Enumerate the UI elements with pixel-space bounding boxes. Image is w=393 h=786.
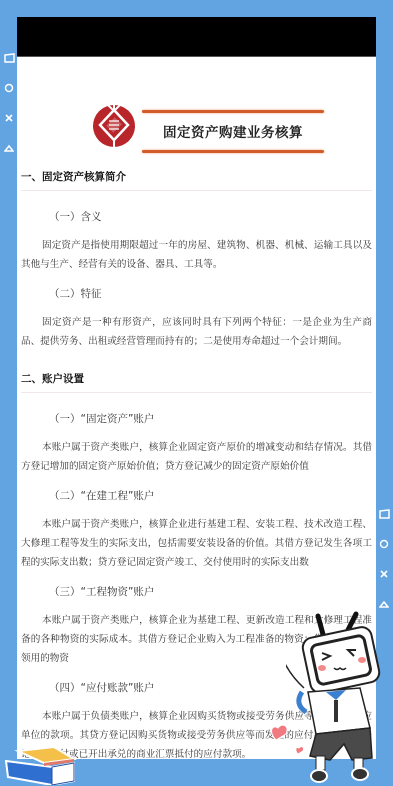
window-icon[interactable]: [377, 506, 391, 522]
books-decoration: [4, 745, 78, 786]
paragraph: 固定资产是指使用期限超过一年的房屋、建筑物、机器、机械、运输工具以及其他与生产、…: [21, 236, 372, 274]
banner-bottom-rule: [142, 150, 324, 153]
paragraph: 本账户属于资产类账户，核算企业进行基建工程、安装工程、技术改造工程、大修理工程等…: [21, 515, 372, 572]
paragraph: 固定资产是一种有形资产，应该同时具有下列两个特征：一是企业为生产商品、提供劳务、…: [21, 313, 372, 351]
close-x-icon[interactable]: [377, 566, 391, 582]
banner-title: 固定资产购建业务核算: [142, 113, 324, 150]
triangle-up-icon[interactable]: [2, 140, 16, 156]
circle-icon[interactable]: [2, 80, 16, 96]
circle-icon[interactable]: [377, 536, 391, 552]
bank-logo-icon: [92, 104, 136, 152]
subsection-title: （一）含义: [21, 209, 372, 224]
close-x-icon[interactable]: [2, 110, 16, 126]
tv-mascot-illustration: [286, 608, 386, 786]
video-header-bar: [17, 17, 376, 57]
subsection-title: （二）特征: [21, 286, 372, 301]
section-heading: 一、固定资产核算简介: [21, 169, 372, 191]
window-icon[interactable]: [2, 50, 16, 66]
paragraph: 本账户属于资产类账户，核算企业固定资产原价的增减变动和结存情况。其借方登记增加的…: [21, 438, 372, 476]
subsection-title: （二）“在建工程”账户: [21, 488, 372, 503]
subsection-title: （三）“工程物资”账户: [21, 584, 372, 599]
left-side-controls: [0, 50, 18, 156]
section-heading: 二、账户设置: [21, 371, 372, 393]
right-side-controls: [375, 506, 393, 612]
banner-title-block: 固定资产购建业务核算: [142, 110, 324, 153]
subsection-title: （一）“固定资产”账户: [21, 411, 372, 426]
